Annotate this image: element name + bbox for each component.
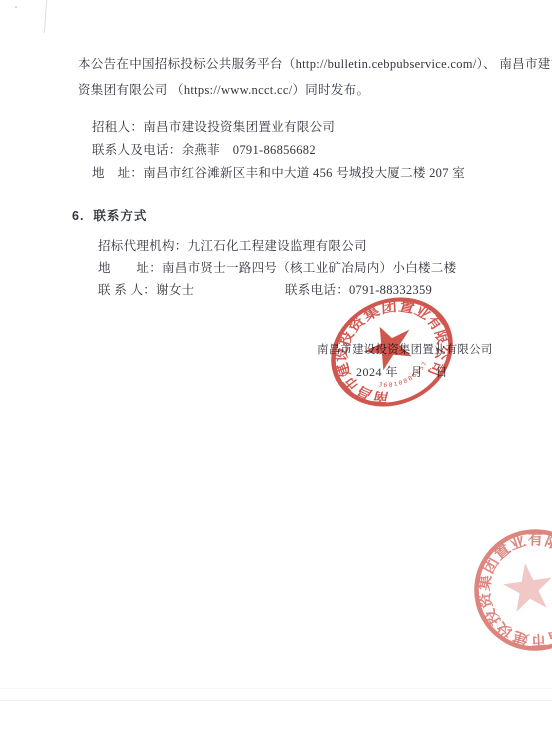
seal-graphic: 南昌市建设投资集团置业有限公司 3601088685780 — [460, 515, 552, 666]
scan-streak-artifact — [0, 700, 552, 701]
scan-streak-artifact — [0, 688, 552, 689]
star-icon — [499, 560, 552, 617]
landlord-address-line: 地 址：南昌市红谷滩新区丰和中大道 456 号城投大厦二楼 207 室 — [92, 165, 465, 181]
landlord-name-line: 招租人：南昌市建设投资集团置业有限公司 — [92, 119, 335, 135]
scan-crease-artifact — [44, 0, 47, 33]
scan-speck-artifact — [15, 6, 17, 8]
official-seal-stamp-partial: 南昌市建设投资集团置业有限公司 3601088685780 — [460, 515, 552, 666]
landlord-contact-line: 联系人及电话：余燕菲 0791-86856682 — [92, 142, 316, 158]
intro-line-2: 资集团有限公司 （https://www.ncct.cc/）同时发布。 — [78, 82, 369, 98]
scanned-document-page: 本公告在中国招标投标公共服务平台（http://bulletin.cebpubs… — [0, 0, 552, 731]
agency-address-line: 地 址：南昌市贤士一路四号（核工业矿冶局内）小白楼二楼 — [98, 260, 456, 276]
section-number: 6. — [72, 209, 84, 223]
agency-contact-person: 联 系 人：谢女士 — [98, 282, 194, 298]
section-heading: 6. 联系方式 — [72, 208, 147, 224]
intro-line-1: 本公告在中国招标投标公共服务平台（http://bulletin.cebpubs… — [78, 56, 552, 72]
agency-name-line: 招标代理机构：九江石化工程建设监理有限公司 — [98, 238, 367, 254]
section-title: 联系方式 — [93, 209, 147, 223]
